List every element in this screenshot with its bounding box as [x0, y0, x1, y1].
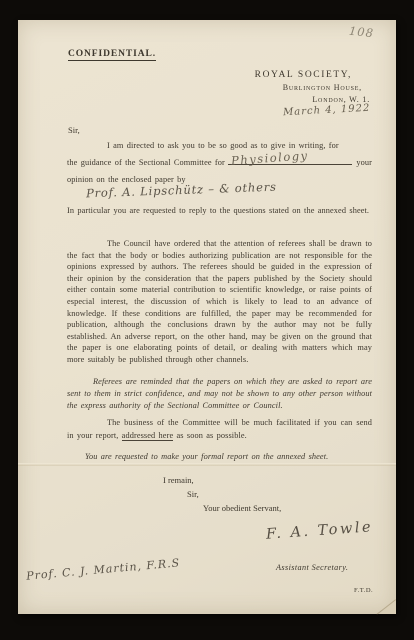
- signature-f-a-towle: F. A. Towle: [266, 519, 374, 542]
- closing-sir: Sir,: [187, 489, 199, 499]
- letterhead-address-1: Burlington House,: [283, 83, 362, 92]
- para5: The business of the Committee will be mu…: [67, 417, 372, 442]
- closing-i-remain: I remain,: [163, 475, 194, 485]
- para4-confidence-note: Referees are reminded that the papers on…: [67, 376, 372, 411]
- para1-line2: the guidance of the Sectional Committee …: [67, 157, 372, 169]
- letter-page: 108 CONFIDENTIAL. ROYAL SOCIETY, Burling…: [18, 20, 396, 614]
- para1-line2-text: the guidance of the Sectional Committee …: [67, 157, 225, 169]
- printer-code: F.T.D.: [354, 587, 373, 594]
- para2: In particular you are requested to reply…: [67, 204, 372, 217]
- signature-title: Assistant Secretary.: [276, 563, 348, 572]
- closing-obedient-servant: Your obedient Servant,: [203, 503, 281, 513]
- page-number-annotation: 108: [348, 24, 374, 41]
- para5-addressed-here: addressed here: [122, 431, 174, 441]
- para5-post: as soon as possible.: [173, 431, 247, 440]
- para1-line1: I am directed to ask you to be so good a…: [67, 140, 372, 152]
- fold-crease: [18, 463, 396, 466]
- letterhead-org: ROYAL SOCIETY,: [255, 70, 352, 80]
- handwritten-date: March 4, 1922: [282, 103, 370, 119]
- para6-formal-report-note: You are requested to make your formal re…: [67, 451, 385, 463]
- salutation: Sir,: [68, 125, 80, 135]
- scanned-letter-photo: { "annotations": { "page_number": "108",…: [0, 0, 414, 640]
- handwritten-addressee: Prof. C. J. Martin, F.R.S: [26, 556, 181, 582]
- confidential-stamp: CONFIDENTIAL.: [68, 49, 156, 61]
- para3: The Council have ordered that the attent…: [67, 238, 372, 366]
- para1-line2-your: your: [356, 157, 372, 169]
